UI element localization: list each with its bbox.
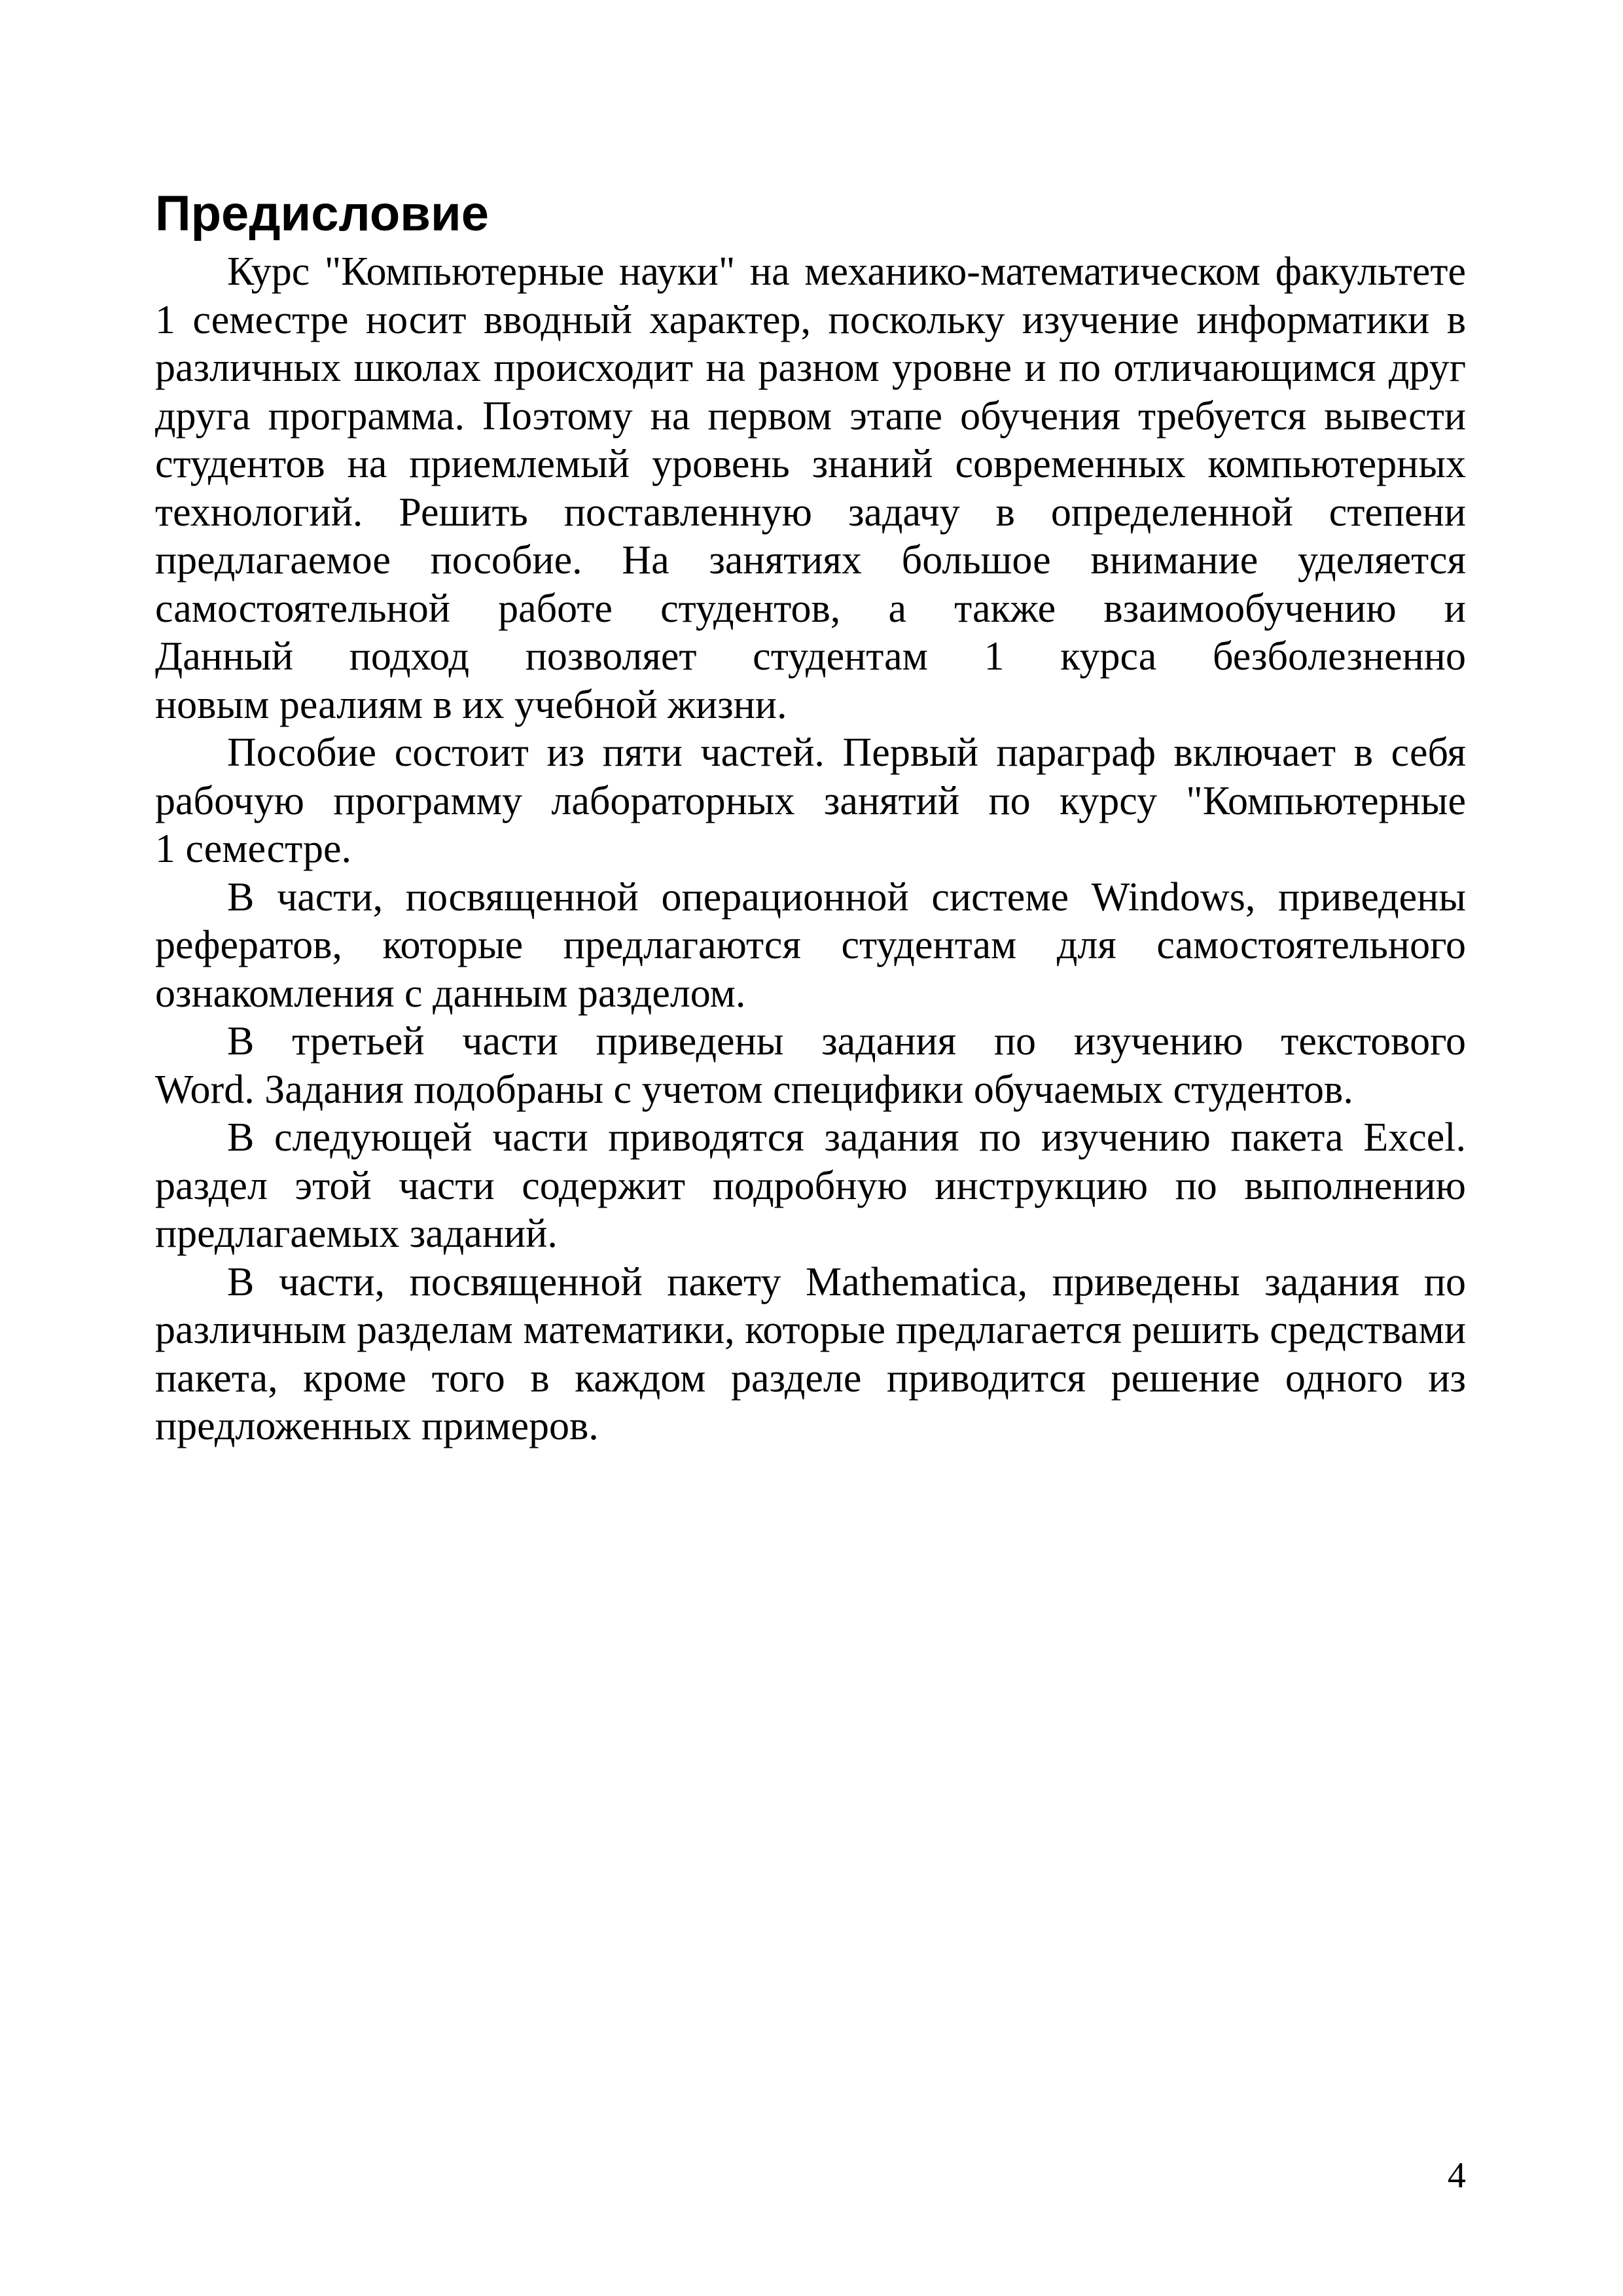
text-line: предлагаемых заданий. [155,1210,1466,1259]
text-line: В следующей части приводятся задания по … [155,1114,1466,1162]
paragraph: Курс "Компьютерные науки" на механико-ма… [155,248,1466,729]
preface-body: Курс "Компьютерные науки" на механико-ма… [155,248,1466,1451]
text-line: различным разделам математики, которые п… [155,1306,1466,1355]
text-line: самостоятельной работе студентов, а такж… [155,585,1466,634]
text-line: В третьей части приведены задания по изу… [155,1018,1466,1066]
paragraph: Пособие состоит из пяти частей. Первый п… [155,729,1466,874]
text-line: Данный подход позволяет студентам 1 курс… [155,633,1466,681]
paragraph: В следующей части приводятся задания по … [155,1114,1466,1259]
text-line: студентов на приемлемый уровень знаний с… [155,440,1466,489]
paragraph: В части, посвященной пакету Mathematica,… [155,1259,1466,1451]
text-line: Пособие состоит из пяти частей. Первый п… [155,729,1466,778]
text-line: предлагаемое пособие. На занятиях большо… [155,537,1466,585]
text-line: В части, посвященной пакету Mathematica,… [155,1259,1466,1307]
text-line: рефератов, которые предлагаются студента… [155,922,1466,970]
text-line: предложенных примеров. [155,1403,1466,1451]
text-line: Курс "Компьютерные науки" на механико-ма… [155,248,1466,296]
text-line: рабочую программу лабораторных занятий п… [155,778,1466,826]
text-line: технологий. Решить поставленную задачу в… [155,489,1466,537]
document-page: Предисловие Курс "Компьютерные науки" на… [0,0,1623,2296]
text-line: ознакомления с данным разделом. [155,970,1466,1018]
text-line: друга программа. Поэтому на первом этапе… [155,393,1466,441]
page-heading: Предисловие [155,189,489,239]
text-line: В части, посвященной операционной систем… [155,874,1466,922]
paragraph: В части, посвященной операционной систем… [155,874,1466,1018]
paragraph: В третьей части приведены задания по изу… [155,1018,1466,1114]
text-line: пакета, кроме того в каждом разделе прив… [155,1355,1466,1403]
text-line: различных школах происходит на разном ур… [155,344,1466,393]
text-line: новым реалиям в их учебной жизни. [155,681,1466,730]
text-line: Word. Задания подобраны с учетом специфи… [155,1066,1466,1115]
page-number: 4 [155,2157,1466,2194]
text-line: раздел этой части содержит подробную инс… [155,1162,1466,1211]
text-line: 1 семестре. [155,825,1466,874]
text-line: 1 семестре носит вводный характер, поско… [155,296,1466,345]
